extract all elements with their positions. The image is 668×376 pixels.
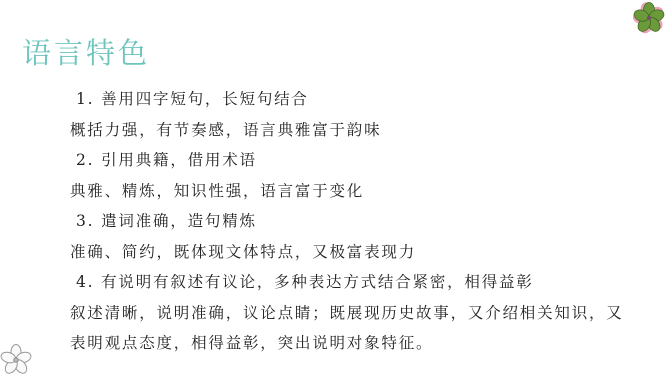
- point-2-heading: 2. 引用典籍，借用术语: [76, 145, 624, 176]
- point-3-detail: 准确、简约，既体现文体特点，又极富表现力: [70, 237, 624, 268]
- point-2-detail: 典雅、精炼，知识性强，语言富于变化: [70, 176, 624, 207]
- point-4-detail-line-2: 表明观点态度，相得益彰，突出说明对象特征。: [70, 328, 624, 359]
- point-4-heading: 4. 有说明有叙述有议论，多种表达方式结合紧密，相得益彰: [76, 267, 624, 298]
- point-4-detail-line-1: 叙述清晰，说明准确，议论点睛；既展现历史故事，又介绍相关知识，又: [70, 298, 624, 329]
- green-clover-icon: [632, 1, 666, 35]
- outline-flower-icon: [0, 344, 34, 376]
- point-3-heading: 3. 遣词准确，造句精炼: [76, 206, 624, 237]
- point-1-heading: 1. 善用四字短句，长短句结合: [76, 84, 624, 115]
- slide-title: 语言特色: [22, 31, 150, 72]
- point-1-detail: 概括力强，有节奏感，语言典雅富于韵味: [70, 115, 624, 146]
- content-body: 1. 善用四字短句，长短句结合 概括力强，有节奏感，语言典雅富于韵味 2. 引用…: [76, 84, 624, 359]
